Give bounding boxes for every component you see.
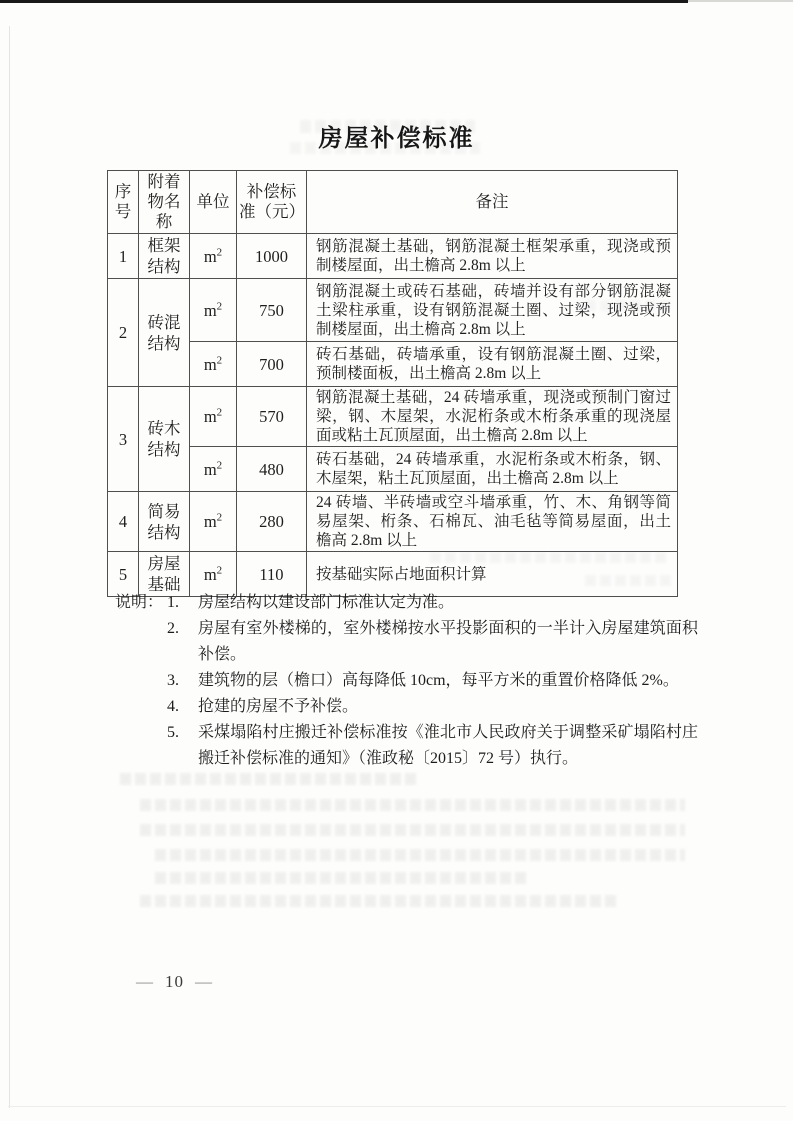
unit-base: m (204, 460, 217, 479)
table-row: 4 简易结构 m2 280 24 砖墙、半砖墙或空斗墙承重，竹、木、角钢等简易屋… (108, 492, 678, 552)
cell-serial-no: 4 (108, 492, 139, 552)
unit-exponent: 2 (217, 300, 223, 312)
cell-unit: m2 (190, 234, 237, 279)
note-item: 5. 采煤塌陷村庄搬迁补偿标准按《淮北市人民政府关于调整采矿塌陷村庄搬迁补偿标准… (167, 720, 698, 772)
unit-base: m (204, 301, 217, 320)
cell-price: 700 (237, 342, 307, 387)
ghost-bleed-through (155, 849, 685, 861)
note-text: 抢建的房屋不予补偿。 (198, 694, 698, 720)
table-row: 3 砖木结构 m2 570 钢筋混凝土基础，24 砖墙承重，现浇或预制门窗过梁，… (108, 387, 678, 447)
cell-serial-no: 2 (108, 279, 139, 387)
table-row: m2 480 砖石基础，24 砖墙承重，水泥桁条或木桁条，钢、木屋架，粘土瓦顶屋… (108, 447, 678, 492)
notes-label: 说明： (115, 590, 167, 772)
ghost-bleed-through (155, 872, 530, 884)
cell-serial-no: 3 (108, 387, 139, 492)
unit-base: m (204, 407, 217, 426)
ghost-bleed-through (140, 895, 620, 907)
note-number: 4. (167, 694, 198, 720)
note-number: 2. (167, 616, 198, 668)
cell-remark: 24 砖墙、半砖墙或空斗墙承重，竹、木、角钢等简易屋架、桁条、石棉瓦、油毛毡等简… (307, 492, 678, 552)
unit-exponent: 2 (217, 246, 223, 258)
unit-base: m (204, 247, 217, 266)
cell-attachment-name: 框架结构 (139, 234, 190, 279)
header-remark: 备注 (307, 171, 678, 234)
ghost-bleed-through (140, 799, 685, 811)
cell-unit: m2 (190, 492, 237, 552)
cell-price: 480 (237, 447, 307, 492)
cell-unit: m2 (190, 342, 237, 387)
note-item: 1. 房屋结构以建设部门标准认定为准。 (167, 590, 698, 616)
unit-exponent: 2 (217, 354, 223, 366)
unit-base: m (204, 565, 217, 584)
cell-remark: 钢筋混凝土基础，24 砖墙承重，现浇或预制门窗过梁，钢、木屋架，水泥桁条或木桁条… (307, 387, 678, 447)
cell-remark: 砖石基础，砖墙承重，设有钢筋混凝土圈、过梁，预制楼面板，出土檐高 2.8m 以上 (307, 342, 678, 387)
unit-exponent: 2 (217, 407, 223, 419)
notes-items: 1. 房屋结构以建设部门标准认定为准。 2. 房屋有室外楼梯的，室外楼梯按水平投… (167, 590, 698, 772)
note-number: 5. (167, 720, 198, 772)
unit-base: m (204, 355, 217, 374)
cell-price: 750 (237, 279, 307, 342)
cell-remark: 钢筋混凝土或砖石基础，砖墙并设有部分钢筋混凝土梁柱承重，设有钢筋混凝土圈、过梁，… (307, 279, 678, 342)
table-row: 1 框架结构 m2 1000 钢筋混凝土基础，钢筋混凝土框架承重，现浇或预制楼屋… (108, 234, 678, 279)
page-number-dash-right: — (195, 972, 213, 991)
cell-unit: m2 (190, 387, 237, 447)
scanned-document-page: { "page": { "title": "房屋补偿标准", "page_num… (0, 0, 793, 1121)
note-item: 3. 建筑物的层（檐口）高每降低 10cm，每平方米的重置价格降低 2%。 (167, 668, 698, 694)
cell-price: 280 (237, 492, 307, 552)
cell-unit: m2 (190, 279, 237, 342)
notes-section: 说明： 1. 房屋结构以建设部门标准认定为准。 2. 房屋有室外楼梯的，室外楼梯… (115, 590, 698, 772)
cell-attachment-name: 简易结构 (139, 492, 190, 552)
note-text: 建筑物的层（檐口）高每降低 10cm，每平方米的重置价格降低 2%。 (198, 668, 698, 694)
cell-price: 1000 (237, 234, 307, 279)
page-number-value: 10 (165, 972, 184, 991)
scan-top-edge-line-faint (688, 0, 793, 2)
note-text: 房屋结构以建设部门标准认定为准。 (198, 590, 698, 616)
compensation-table: 序号 附着物名称 单位 补偿标准（元） 备注 1 框架结构 m2 1000 钢筋… (107, 170, 678, 597)
cell-serial-no: 1 (108, 234, 139, 279)
scan-bottom-paper-edge (8, 1106, 786, 1107)
unit-exponent: 2 (217, 564, 223, 576)
ghost-bleed-through (120, 773, 420, 785)
ghost-bleed-through (140, 824, 685, 836)
page-number: —10— (136, 972, 213, 992)
header-attachment-name: 附着物名称 (139, 171, 190, 234)
header-serial-no: 序号 (108, 171, 139, 234)
note-item: 2. 房屋有室外楼梯的，室外楼梯按水平投影面积的一半计入房屋建筑面积补偿。 (167, 616, 698, 668)
note-text: 采煤塌陷村庄搬迁补偿标准按《淮北市人民政府关于调整采矿塌陷村庄搬迁补偿标准的通知… (198, 720, 698, 772)
cell-attachment-name: 砖木结构 (139, 387, 190, 492)
header-standard: 补偿标准（元） (237, 171, 307, 234)
table-header-row: 序号 附着物名称 单位 补偿标准（元） 备注 (108, 171, 678, 234)
note-number: 1. (167, 590, 198, 616)
scan-left-paper-edge (9, 26, 10, 1108)
unit-exponent: 2 (217, 512, 223, 524)
page-title: 房屋补偿标准 (0, 118, 793, 153)
unit-exponent: 2 (217, 459, 223, 471)
scan-top-edge-line (0, 0, 688, 3)
cell-remark: 钢筋混凝土基础，钢筋混凝土框架承重，现浇或预制楼屋面，出土檐高 2.8m 以上 (307, 234, 678, 279)
cell-price: 570 (237, 387, 307, 447)
unit-base: m (204, 512, 217, 531)
table-row: 2 砖混结构 m2 750 钢筋混凝土或砖石基础，砖墙并设有部分钢筋混凝土梁柱承… (108, 279, 678, 342)
page-number-dash-left: — (136, 972, 154, 991)
header-unit: 单位 (190, 171, 237, 234)
note-item: 4. 抢建的房屋不予补偿。 (167, 694, 698, 720)
cell-attachment-name: 砖混结构 (139, 279, 190, 387)
cell-remark: 砖石基础，24 砖墙承重，水泥桁条或木桁条，钢、木屋架，粘土瓦顶屋面，出土檐高 … (307, 447, 678, 492)
note-number: 3. (167, 668, 198, 694)
cell-unit: m2 (190, 447, 237, 492)
table-row: m2 700 砖石基础，砖墙承重，设有钢筋混凝土圈、过梁，预制楼面板，出土檐高 … (108, 342, 678, 387)
note-text: 房屋有室外楼梯的，室外楼梯按水平投影面积的一半计入房屋建筑面积补偿。 (198, 616, 698, 668)
